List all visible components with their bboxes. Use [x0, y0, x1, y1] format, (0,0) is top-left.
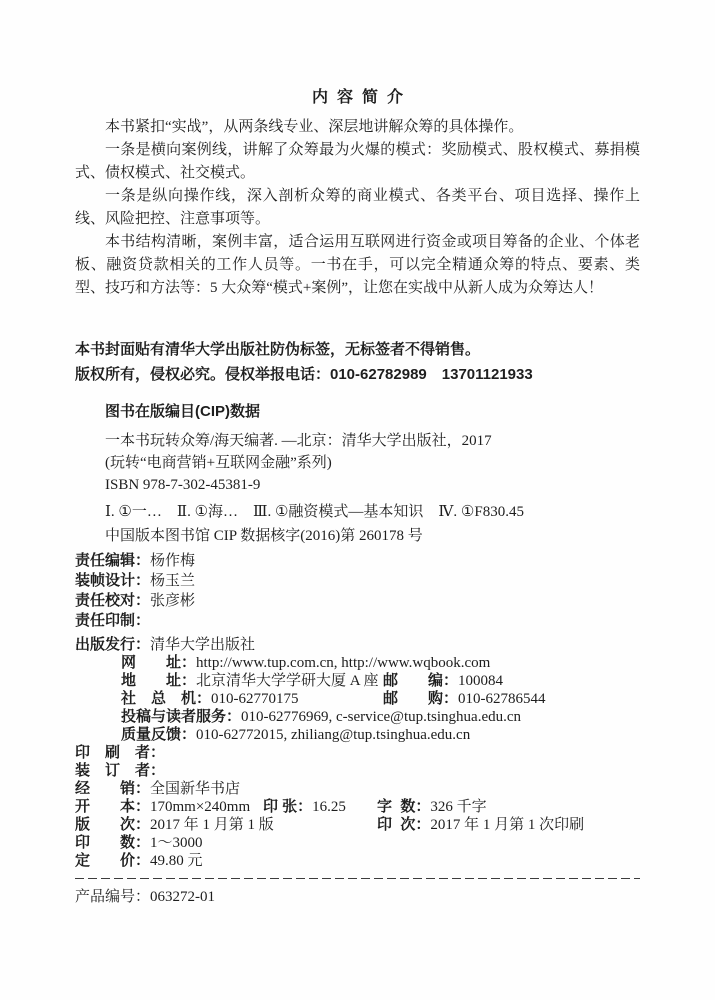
distribution-label: 经 销： — [75, 780, 150, 797]
copyright-page: 内容简介 本书紧扣“实战”，从两条线专业、深层地讲解众筹的具体操作。 一条是横向… — [0, 0, 715, 1000]
mailorder-phone: 010-62786544 — [458, 691, 546, 707]
credit-row-proofreader: 责任校对：张彦彬 — [75, 591, 640, 611]
impression-pair: 印 次：2017 年 1 月第 1 次印刷 — [377, 816, 584, 834]
wordcount-label: 字 数： — [377, 798, 430, 815]
printing-section: 印 刷 者： 装 订 者： 经 销：全国新华书店 开 本：170mm×240mm… — [75, 744, 640, 870]
mailorder-pair: 邮 购：010-62786544 — [383, 690, 546, 708]
print-supervisor-label: 责任印制： — [75, 612, 150, 629]
designer-name: 杨玉兰 — [150, 573, 195, 589]
format-label: 开 本： — [75, 798, 150, 815]
edition-label: 版 次： — [75, 816, 150, 833]
publisher-label: 出版发行： — [75, 636, 150, 653]
distribution-value: 全国新华书店 — [150, 781, 240, 797]
cip-heading: 图书在版编目(CIP)数据 — [105, 403, 640, 421]
zip-code: 100084 — [458, 673, 503, 689]
edition-value: 2017 年 1 月第 1 版 — [150, 817, 274, 833]
publisher-section: 出版发行：清华大学出版社 网 址：http://www.tup.com.cn, … — [75, 636, 640, 744]
intro-paragraph-2: 一条是横向案例线，讲解了众筹最为火爆的模式：奖励模式、股权模式、募捐模式、债权模… — [75, 139, 640, 185]
price-label: 定 价： — [75, 852, 150, 869]
distribution-row: 经 销：全国新华书店 — [75, 780, 640, 798]
anti-counterfeit-notice: 本书封面贴有清华大学出版社防伪标签，无标签者不得销售。 — [75, 337, 640, 362]
sheets-label: 印 张： — [263, 798, 312, 815]
website-urls: http://www.tup.com.cn, http://www.wqbook… — [196, 655, 490, 671]
credit-row-print-supervisor: 责任印制： — [75, 611, 640, 631]
printer-label: 印 刷 者： — [75, 744, 165, 761]
content-summary-title: 内容简介 — [75, 88, 640, 108]
reader-service-label: 投稿与读者服务： — [121, 708, 241, 725]
notice-section: 本书封面贴有清华大学出版社防伪标签，无标签者不得销售。 版权所有，侵权必究。侵权… — [75, 337, 640, 387]
editor-label: 责任编辑： — [75, 552, 150, 569]
product-number-row: 产品编号：063272-01 — [75, 887, 640, 907]
zip-label: 邮 编： — [383, 672, 458, 689]
cip-classification: Ⅰ. ①一… Ⅱ. ①海… Ⅲ. ①融资模式—基本知识 Ⅳ. ①F830.45 — [105, 501, 640, 523]
price-row: 定 价：49.80 元 — [75, 852, 640, 870]
switchboard-label: 社 总 机： — [121, 690, 211, 707]
zip-pair: 邮 编：100084 — [383, 672, 503, 690]
format-value: 170mm×240mm — [150, 799, 250, 815]
intro-paragraph-1: 本书紧扣“实战”，从两条线专业、深层地讲解众筹的具体操作。 — [75, 116, 640, 139]
website-label: 网 址： — [121, 654, 196, 671]
impression-label: 印 次： — [377, 816, 430, 833]
price-value: 49.80 元 — [150, 853, 203, 869]
publisher-row: 出版发行：清华大学出版社 — [75, 636, 640, 654]
dashed-divider — [75, 878, 640, 879]
address-row: 地 址：北京清华大学学研大厦 A 座邮 编：100084 — [75, 672, 640, 690]
reader-service-row: 投稿与读者服务：010-62776969, c-service@tup.tsin… — [75, 708, 640, 726]
intro-paragraph-4: 本书结构清晰，案例丰富，适合运用互联网进行资金或项目筹备的企业、个体老板、融资贷… — [75, 231, 640, 300]
printrun-value: 1～3000 — [150, 835, 203, 851]
designer-label: 装帧设计： — [75, 572, 150, 589]
sheets-value: 16.25 — [312, 799, 346, 815]
switchboard-phone: 010-62770175 — [211, 691, 299, 707]
credit-row-editor: 责任编辑：杨作梅 — [75, 551, 640, 571]
intro-section: 本书紧扣“实战”，从两条线专业、深层地讲解众筹的具体操作。 一条是横向案例线，讲… — [75, 116, 640, 300]
printer-row: 印 刷 者： — [75, 744, 640, 762]
format-row: 开 本：170mm×240mm印 张：16.25字 数：326 千字 — [75, 798, 640, 816]
credits-section: 责任编辑：杨作梅 装帧设计：杨玉兰 责任校对：张彦彬 责任印制： — [75, 551, 640, 631]
mailorder-label: 邮 购： — [383, 690, 458, 707]
quality-feedback-row: 质量反馈：010-62772015, zhiliang@tup.tsinghua… — [75, 726, 640, 744]
product-number-code: 063272-01 — [150, 889, 215, 905]
intro-paragraph-3: 一条是纵向操作线，深入剖析众筹的商业模式、各类平台、项目选择、操作上线、风险把控… — [75, 185, 640, 231]
edition-row: 版 次：2017 年 1 月第 1 版印 次：2017 年 1 月第 1 次印刷 — [75, 816, 640, 834]
editor-name: 杨作梅 — [150, 553, 195, 569]
publisher-name: 清华大学出版社 — [150, 637, 255, 653]
binder-label: 装 订 者： — [75, 762, 165, 779]
wordcount-value: 326 千字 — [430, 799, 486, 815]
cip-record-number: 中国版本图书馆 CIP 数据核字(2016)第 260178 号 — [105, 525, 640, 547]
credit-row-designer: 装帧设计：杨玉兰 — [75, 571, 640, 591]
address-label: 地 址： — [121, 672, 196, 689]
sheets-pair: 印 张：16.25 — [263, 798, 346, 816]
impression-value: 2017 年 1 月第 1 次印刷 — [430, 817, 584, 833]
quality-feedback-contact: 010-62772015, zhiliang@tup.tsinghua.edu.… — [196, 727, 470, 743]
wordcount-pair: 字 数：326 千字 — [377, 798, 487, 816]
proofreader-name: 张彦彬 — [150, 593, 195, 609]
cip-isbn-line: ISBN 978-7-302-45381-9 — [105, 474, 640, 496]
proofreader-label: 责任校对： — [75, 592, 150, 609]
cip-section: 图书在版编目(CIP)数据 一本书玩转众筹/海天编著. —北京：清华大学出版社，… — [105, 403, 640, 547]
product-number-label: 产品编号： — [75, 889, 150, 905]
switchboard-row: 社 总 机：010-62770175邮 购：010-62786544 — [75, 690, 640, 708]
quality-feedback-label: 质量反馈： — [121, 726, 196, 743]
binder-row: 装 订 者： — [75, 762, 640, 780]
copyright-notice: 版权所有，侵权必究。侵权举报电话：010-62782989 1370112193… — [75, 362, 640, 387]
address-value: 北京清华大学学研大厦 A 座 — [196, 673, 379, 689]
cip-book-line: 一本书玩转众筹/海天编著. —北京：清华大学出版社，2017 — [105, 430, 640, 452]
cip-series-line: (玩转“电商营销+互联网金融”系列) — [105, 452, 640, 474]
printrun-label: 印 数： — [75, 834, 150, 851]
printrun-row: 印 数：1～3000 — [75, 834, 640, 852]
website-row: 网 址：http://www.tup.com.cn, http://www.wq… — [75, 654, 640, 672]
reader-service-contact: 010-62776969, c-service@tup.tsinghua.edu… — [241, 709, 521, 725]
